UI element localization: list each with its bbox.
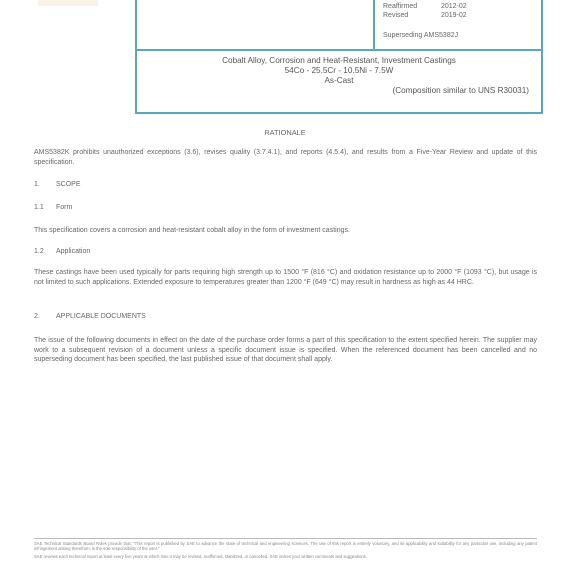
section-application-text: These castings have been used typically …	[34, 268, 537, 287]
revision-meta: Reaffirmed 2012-02 Revised 2019-02 Super…	[383, 2, 467, 40]
document-title: Cobalt Alloy, Corrosion and Heat-Resista…	[137, 56, 541, 96]
rationale-text: AMS5382K prohibits unauthorized exceptio…	[34, 148, 537, 167]
section-applicable-text: The issue of the following documents in …	[34, 336, 537, 365]
composition-note: (Composition similar to UNS R30031)	[137, 86, 541, 96]
header-divider	[373, 0, 375, 49]
superseding-note: Superseding AMS5382J	[383, 31, 467, 40]
section-application-heading: 1.2Application	[34, 248, 90, 255]
meta-revised: Revised 2019-02	[383, 11, 467, 20]
section-form-text: This specification covers a corrosion an…	[34, 226, 537, 236]
document-header-box: Reaffirmed 2012-02 Revised 2019-02 Super…	[135, 0, 543, 114]
footer-rules-note: SAE Technical Standards Board Rules prov…	[34, 541, 537, 551]
footer-divider	[34, 538, 537, 539]
section-scope-heading: 1.SCOPE	[34, 181, 81, 188]
title-line-1: Cobalt Alloy, Corrosion and Heat-Resista…	[137, 56, 541, 66]
meta-reaffirmed: Reaffirmed 2012-02	[383, 2, 467, 11]
rationale-heading: RATIONALE	[0, 128, 570, 137]
title-line-3: As-Cast	[137, 76, 541, 86]
header-logo-remnant	[38, 0, 98, 6]
title-line-2: 54Co - 25.5Cr - 10.5Ni - 7.5W	[137, 66, 541, 76]
header-top-section	[137, 0, 541, 51]
section-applicable-heading: 2.APPLICABLE DOCUMENTS	[34, 313, 146, 320]
section-form-heading: 1.1Form	[34, 204, 72, 211]
footer-review-note: SAE reviews each technical report at lea…	[34, 554, 537, 559]
